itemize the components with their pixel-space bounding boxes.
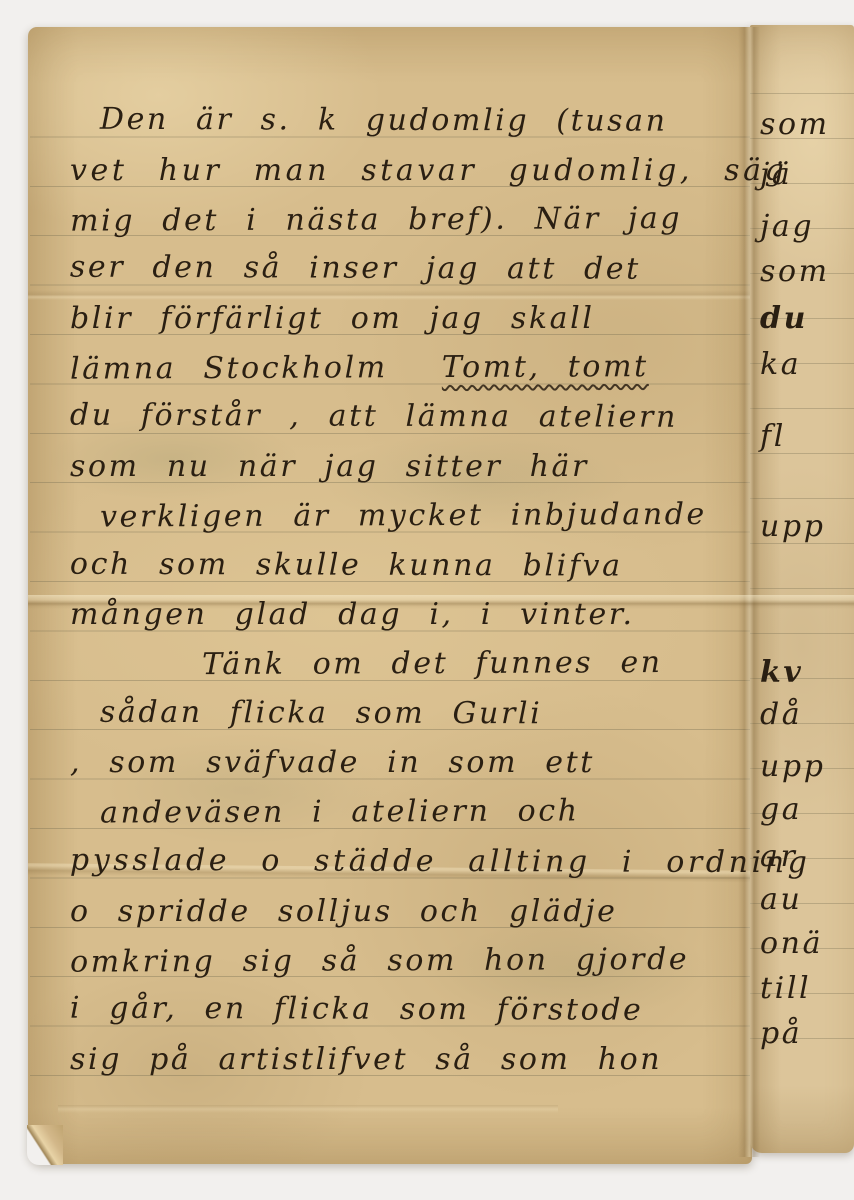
handwritten-line: och som skulle kunna blifva — [70, 527, 830, 579]
horizontal-crease-bottom — [58, 1105, 558, 1113]
handwritten-line: som nu när jag sitter här — [70, 430, 830, 479]
handwritten-line: pysslade o städde allting i ordning — [70, 824, 830, 876]
handwritten-line: i går, en flicka som förstode — [70, 972, 830, 1024]
handwritten-line: sig på artistlifvet så som hon — [70, 1022, 830, 1071]
photo-background: { "scene": { "description": "Handwritten… — [0, 0, 854, 1200]
letter-body: Den är s. k gudomlig (tusan vet hur man … — [70, 84, 830, 1072]
handwritten-line: mig det i nästa bref). När jag — [70, 181, 830, 234]
handwritten-line: lämna StockholmTomt, tomt — [70, 329, 830, 382]
handwritten-line: omkring sig så som hon gjorde — [70, 922, 830, 975]
handwritten-line: du förstår , att lämna ateliern — [70, 379, 830, 431]
handwritten-line: blir förfärligt om jag skall — [70, 282, 830, 331]
handwritten-line: Den är s. k gudomlig (tusan — [70, 83, 830, 135]
handwritten-line: ser den så inser jag att det — [70, 231, 830, 283]
handwritten-line: vet hur man stavar gudomlig, säg — [70, 133, 830, 182]
handwritten-line: , som sväfvade in som ett — [70, 726, 830, 775]
handwritten-line: andeväsen i ateliern och — [70, 774, 830, 827]
letter-photo: som jä jag som du ka fl upp kv då upp ga… — [28, 27, 854, 1164]
folded-corner — [27, 1125, 63, 1165]
handwritten-line: sådan flicka som Gurli — [70, 675, 830, 727]
handwritten-line: verkligen är mycket inbjudande — [70, 477, 830, 530]
handwritten-line: mången glad dag i, i vinter. — [70, 578, 830, 627]
handwritten-line: o spridde solljus och glädje — [70, 874, 830, 923]
handwritten-line: Tänk om det funnes en — [70, 626, 830, 679]
